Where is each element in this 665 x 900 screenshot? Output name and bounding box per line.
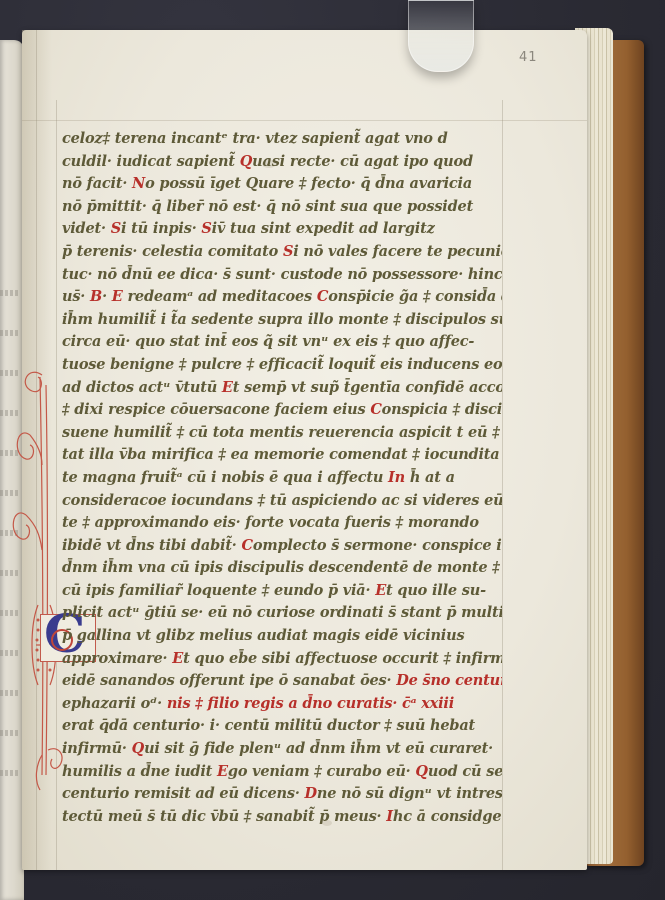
- manuscript-line: humilis a d̄ne iudit Ego veniam ‡ curabo…: [62, 761, 502, 784]
- text-segment: t quo eb̄e sibi affectuose occurit ‡ inf…: [183, 650, 502, 667]
- manuscript-line: culdil· iudicat sapient̃ Quasi recte· cu…: [62, 151, 502, 174]
- rubricated-text: E: [172, 650, 183, 667]
- rubricated-text: S: [111, 220, 121, 237]
- text-segment: i nō vales facere te pecunie: [293, 243, 502, 260]
- text-segment: go veniam ‡ curabo eū·: [228, 763, 416, 780]
- text-segment: uod cū sensit: [428, 763, 502, 780]
- rubricated-text: D: [305, 785, 317, 802]
- text-segment: ibidē vt d̄ns tibi dabit̃·: [62, 537, 242, 554]
- rubricated-text: De s̄no centurio: [396, 672, 502, 689]
- text-segment: eidē sanandos offerunt ipe ō sanabat o…: [62, 672, 396, 689]
- manuscript-line: p̄ terenis· celestia comitato Si nō val…: [62, 241, 502, 264]
- manuscript-line: centurio remisit ad eū dicens· Dne nō …: [62, 783, 502, 806]
- rubricated-text: C: [317, 288, 328, 305]
- text-segment: nō p̄mittit· q̄ liber̄ nō est· q̄ nō …: [62, 198, 473, 215]
- text-segment: t semp̄ vt sup̃ t̄gentīa confidē acco: [233, 379, 502, 396]
- text-segment: omplecto s̄ sermone· conspice illū: [253, 537, 502, 554]
- text-segment: tat illa v̄ba mirifica ‡ ea memorie come…: [62, 446, 500, 463]
- text-segment: ui sit ḡ fide plenᵘ ad d̄nm ih̄m vt eū…: [144, 740, 493, 757]
- text-segment: culdil· iudicat sapient̃: [62, 153, 240, 170]
- rubricated-text: In: [388, 469, 405, 486]
- text-segment: tectū meū s̄ tū dic v̄bū ‡ sanabit̃ …: [62, 808, 386, 825]
- text-segment: iv̄ tua sint expedit ad largitz: [212, 220, 435, 237]
- text-segment: videt·: [62, 220, 111, 237]
- manuscript-line: eidē sanandos offerunt ipe ō sanabat o…: [62, 670, 502, 693]
- manuscript-line: te magna fruit̃ᵃ cū i nobis ē qua i af…: [62, 467, 502, 490]
- manuscript-line: videt· Si tū inpis· Siv̄ tua sint exped…: [62, 218, 502, 241]
- rubricated-text: nis ‡ filio regis a d̄no curatis· c̄ᵃ xx…: [167, 695, 454, 712]
- rubricated-text: I: [386, 808, 393, 825]
- manuscript-line: ad dictos actᵘ v̄tutū Et semp̄ vt sup̃ …: [62, 377, 502, 400]
- text-segment: centurio remisit ad eū dicens·: [62, 785, 305, 802]
- manuscript-line: ih̄m humilit̃ i t̃a sedente supra illo m…: [62, 309, 502, 332]
- manuscript-line: us̄· B· E redeamᵃ ad meditacoes Consp̄ic…: [62, 286, 502, 309]
- rubricated-text: N: [132, 175, 145, 192]
- rubricated-text: Q: [240, 153, 252, 170]
- text-segment: suene humilit̃ ‡ cū tota mentis reueren…: [62, 424, 502, 441]
- rubricated-text: E: [222, 379, 233, 396]
- text-segment: ih̄m humilit̃ i t̃a sedente supra illo m…: [62, 311, 502, 328]
- text-segment: erat q̄dā centurio· i· centū militū d…: [62, 717, 475, 734]
- manuscript-line: d̄nm ih̄m vna cū ipis discipulis descen…: [62, 557, 502, 580]
- text-segment: o possū īget: [145, 175, 245, 192]
- text-segment: ne nō sū dignᵘ vt intres sub: [317, 785, 502, 802]
- manuscript-line: nō p̄mittit· q̄ liber̄ nō est· q̄ nō …: [62, 196, 502, 219]
- manuscript-line: consideracoe iocundans ‡ tū aspiciendo …: [62, 490, 502, 513]
- text-segment: t quo ille su‐: [386, 582, 486, 599]
- manuscript-line: plicit actᵘ ḡtiū se· eū nō curiose o…: [62, 602, 502, 625]
- manuscript-line: infirmū· Qui sit ḡ fide plenᵘ ad d̄nm …: [62, 738, 502, 761]
- manuscript-line: tuc· nō d̄nū ee dica· s̄ sunt· custode…: [62, 264, 502, 287]
- text-ruling-right: [502, 100, 503, 870]
- text-segment: ·: [102, 288, 112, 305]
- text-segment: hc ā considge: [393, 808, 501, 825]
- text-segment: onspicia ‡ discipulos quoz: [382, 401, 502, 418]
- text-segment: circa eū· quo stat int̄ eos q̃ sit vnᵘ …: [62, 333, 474, 350]
- text-segment: ephazarii oᵈ·: [62, 695, 167, 712]
- text-segment: cū ipis familiar̃ loquente ‡ eundo p̄ v…: [62, 582, 375, 599]
- text-segment: tuose benigne ‡ pulcre ‡ efficacit̃ loqu…: [62, 356, 502, 373]
- manuscript-line: ibidē vt d̄ns tibi dabit̃· Complecto s̄…: [62, 535, 502, 558]
- text-block: celoz‡ terena incantᵉ tra· vtez sapient̃…: [62, 128, 502, 828]
- rubricated-text: B: [90, 288, 102, 305]
- manuscript-line: te ‡ approximando eis· forte vocata fuer…: [62, 512, 502, 535]
- text-segment: celoz‡ terena incantᵉ tra· vtez sapient̃…: [62, 130, 448, 147]
- text-segment: p̄ terenis· celestia comitato: [62, 243, 283, 260]
- manuscript-line: tuose benigne ‡ pulcre ‡ efficacit̃ loqu…: [62, 354, 502, 377]
- text-segment: us̄·: [62, 288, 90, 305]
- manuscript-line: celoz‡ terena incantᵉ tra· vtez sapient̃…: [62, 128, 502, 151]
- rubricated-text: Q: [132, 740, 144, 757]
- manuscript-line: erat q̄dā centurio· i· centū militū d…: [62, 715, 502, 738]
- text-segment: infirmū·: [62, 740, 132, 757]
- text-segment: p̄ gallina vt glibz melius audiat magis …: [62, 627, 464, 644]
- page-clip: [408, 0, 474, 72]
- manuscript-line: tat illa v̄ba mirifica ‡ ea memorie come…: [62, 444, 502, 467]
- manuscript-line: suene humilit̃ ‡ cū tota mentis reueren…: [62, 422, 502, 445]
- manuscript-line: circa eū· quo stat int̄ eos q̃ sit vnᵘ …: [62, 331, 502, 354]
- text-segment: humilis a d̄ne iudit: [62, 763, 217, 780]
- rubricated-text: E: [217, 763, 228, 780]
- rubricated-text: S: [283, 243, 293, 260]
- text-segment: d̄nm ih̄m vna cū ipis discipulis descen…: [62, 559, 500, 576]
- text-segment: nō facit·: [62, 175, 132, 192]
- text-segment: tuc· nō d̄nū ee dica· s̄ sunt· custode…: [62, 266, 502, 283]
- text-segment: te magna fruit̃ᵃ cū i nobis ē qua i af…: [62, 469, 388, 486]
- text-segment: te ‡ approximando eis· forte vocata fuer…: [62, 514, 479, 531]
- folio-number: 41: [519, 50, 538, 65]
- text-segment: Q: [246, 175, 258, 192]
- text-segment: uare ‡ fecto· q̄ d̄na avaricia: [258, 175, 472, 192]
- manuscript-line: cū ipis familiar̃ loquente ‡ eundo p̄ v…: [62, 580, 502, 603]
- text-segment: plicit actᵘ ḡtiū se· eū nō curiose o…: [62, 604, 502, 621]
- manuscript-line: approximare· Et quo eb̄e sibi affectuose…: [62, 648, 502, 671]
- text-segment: approximare·: [62, 650, 172, 667]
- text-segment: ‡ dixi respice cōuersacone faciem eius: [62, 401, 370, 418]
- text-segment: redeamᵃ ad meditacoes: [123, 288, 317, 305]
- manuscript-line: ‡ dixi respice cōuersacone faciem eius …: [62, 399, 502, 422]
- text-segment: i tū inpis·: [121, 220, 201, 237]
- manuscript-line: tectū meū s̄ tū dic v̄bū ‡ sanabit̃ …: [62, 806, 502, 829]
- text-segment: uasi recte· cū agat ipo quod: [252, 153, 473, 170]
- text-segment: h̄ at a: [405, 469, 455, 486]
- text-segment: ad dictos actᵘ v̄tutū: [62, 379, 222, 396]
- manuscript-line: ephazarii oᵈ· nis ‡ filio regis a d̄no c…: [62, 693, 502, 716]
- manuscript-line: p̄ gallina vt glibz melius audiat magis …: [62, 625, 502, 648]
- text-segment: onsp̄icie g̃a ‡ consid̄a d̄nm: [328, 288, 502, 305]
- rubricated-text: S: [201, 220, 211, 237]
- rubricated-text: Q: [415, 763, 427, 780]
- rubricated-text: C: [242, 537, 253, 554]
- manuscript-line: nō facit· No possū īget Quare ‡ fecto…: [62, 173, 502, 196]
- top-ruling: [22, 120, 587, 121]
- rubricated-text: E: [112, 288, 123, 305]
- rubricated-text: E: [375, 582, 386, 599]
- rubricated-text: C: [370, 401, 381, 418]
- text-segment: consideracoe iocundans ‡ tū aspiciendo …: [62, 492, 502, 509]
